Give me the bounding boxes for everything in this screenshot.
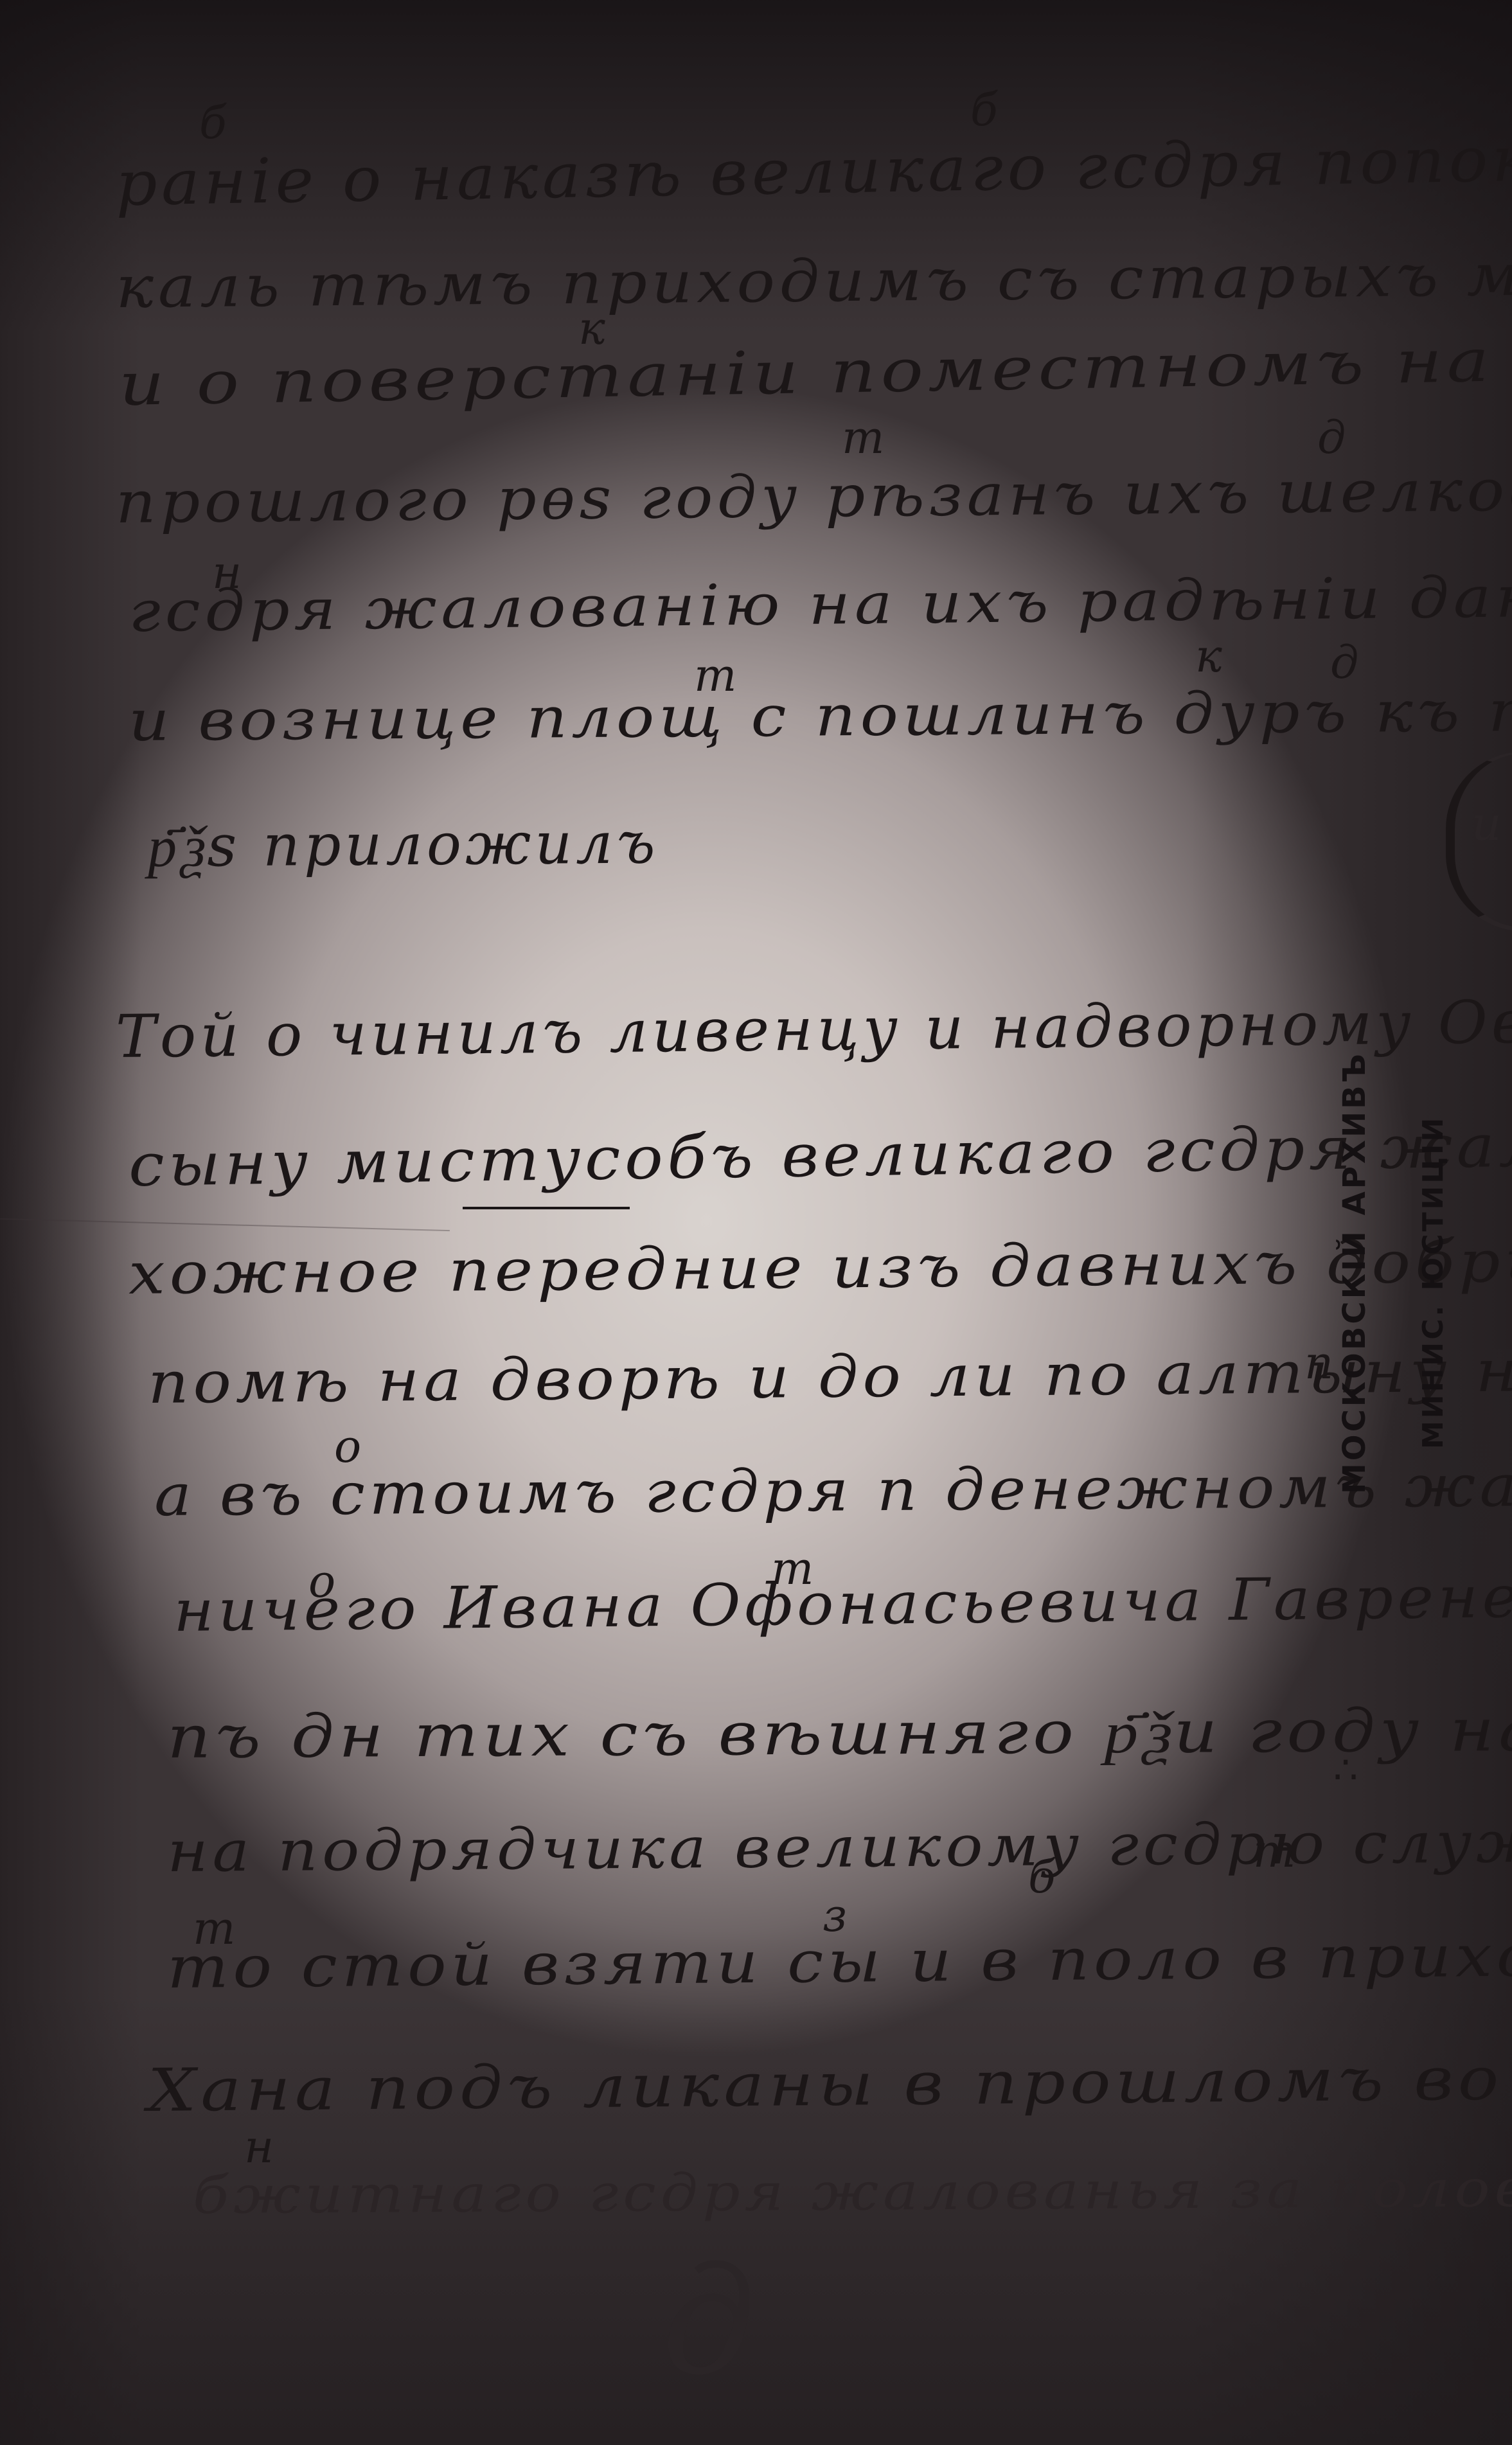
superscript-letter: н (244, 2120, 274, 2173)
manuscript-line: р҃ѯѕ приложилъ (148, 809, 659, 880)
superscript-letter: т (1253, 1825, 1295, 1878)
manuscript-line: хожное передние изъ давнихъ добрыхъ дана (129, 1225, 1512, 1308)
punctuation-dots: ∴ (1333, 1748, 1359, 1793)
manuscript-line: ничего Ивана Офонасьевича Гавреневича бо… (173, 1558, 1512, 1645)
superscript-letter: т (694, 649, 736, 702)
superscript-letter: з (823, 1889, 847, 1942)
superscript-letter: н (212, 546, 242, 599)
superscript-letter: д (1317, 411, 1346, 464)
superscript-letter: т (842, 411, 884, 464)
superscript-letter: к (578, 302, 605, 355)
manuscript-line: бжитнаго гсдря жалованья за половину тѣх… (193, 2156, 1512, 2225)
superscript-letter: б (199, 96, 227, 149)
superscript-letter: б (970, 84, 998, 136)
manuscript-sheet: раніе о наказѣ великаго гсдря попокотепо… (0, 0, 1512, 2445)
manuscript-line: и вознице площ с пошлинъ дуръ къ топомаш… (129, 675, 1512, 754)
manuscript-line: Хана подъ ликаны в прошломъ во рѳѕ году (148, 2041, 1512, 2125)
superscript-letter: б (1028, 1851, 1056, 1903)
superscript-letter: т (771, 1542, 814, 1595)
superscript-letter: о (308, 1555, 335, 1608)
margin-letter: и (1472, 797, 1501, 851)
superscript-letter: д (1330, 636, 1358, 689)
folio-number: д (662, 2236, 756, 2408)
stamp-line-archive: МОСКОВСКІЙ АРХИВЪ (1337, 1051, 1373, 1494)
archive-stamp: МОСКОВСКІЙ АРХИВЪ МИНИС. ЮСТИЦІИ (1324, 1105, 1478, 1504)
superscript-letter: о (334, 1420, 361, 1473)
underline (463, 1207, 630, 1209)
manuscript-line: Той о чинилъ ливенцу и надворному Овсену… (115, 981, 1512, 1071)
manuscript-line: прошлого рѳѕ году рѣзанъ ихъ шелковщикъ … (116, 454, 1512, 537)
manuscript-line: гсдря жалованію на ихъ радѣніи данъ вѣст… (128, 560, 1512, 645)
superscript-letter: т (193, 1902, 235, 1955)
superscript-letter: к (1195, 630, 1222, 682)
manuscript-line: на подрядчика великому гсдрю служба нищи… (167, 1806, 1512, 1885)
stamp-line-ministry: МИНИС. ЮСТИЦІИ (1417, 1116, 1450, 1449)
manuscript-line: пъ дн тих съ вѣшняго р҃ѯи году на то же (167, 1694, 1512, 1772)
